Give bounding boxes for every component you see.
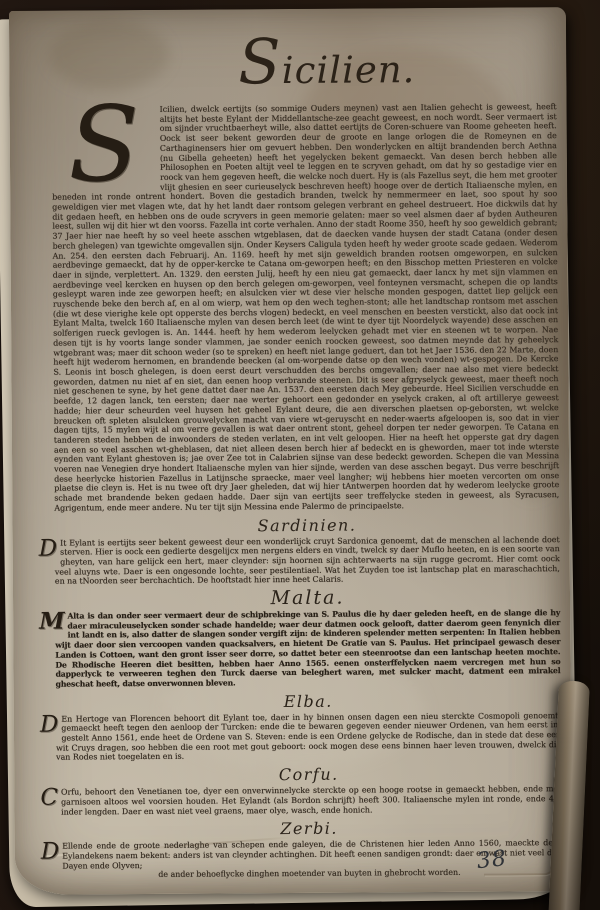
page-title: Sicilien. bbox=[97, 37, 556, 95]
book-page: Sicilien. SIcilien, dwelck eertijts (so … bbox=[9, 7, 572, 895]
ornate-initial-c: C bbox=[40, 788, 58, 808]
section-sardinien: DIt Eylant is eertijts seer bekent gewee… bbox=[55, 535, 560, 587]
book-photo: Sicilien. SIcilien, dwelck eertijts (so … bbox=[0, 0, 600, 910]
ornate-initial-d: D bbox=[39, 538, 58, 558]
section-elba-text: En Hertoge van Florencen behoort dit Eyl… bbox=[56, 711, 561, 762]
heading-corfu: Corfu. bbox=[56, 764, 561, 785]
ornate-initial-m: M bbox=[39, 612, 64, 632]
heading-sardinien: Sardinien. bbox=[54, 515, 559, 536]
section-corfu-text: Orfu, behoort den Venetianen toe, dyer e… bbox=[61, 784, 562, 816]
ornate-initial-s: S bbox=[52, 107, 157, 186]
section-sardinien-text: It Eylant is eertijts seer bekent gewees… bbox=[55, 535, 560, 586]
handwritten-page-number: 38 bbox=[476, 846, 509, 874]
section-malta-text: Alta is dan onder seer vermaert deur de … bbox=[55, 608, 560, 688]
section-corfu: COrfu, behoort den Venetianen toe, dyer … bbox=[56, 784, 561, 817]
page-content: Sicilien. SIcilien, dwelck eertijts (so … bbox=[51, 31, 562, 881]
ornate-initial-d: D bbox=[40, 714, 59, 734]
section-malta: MAlta is dan onder seer vermaert deur de… bbox=[55, 608, 561, 689]
section-sicilien: SIcilien, dwelck eertijts (so sommige Ou… bbox=[52, 102, 560, 513]
heading-zerbi: Zerbi. bbox=[57, 818, 562, 839]
ornate-initial-d: D bbox=[41, 842, 60, 862]
section-elba: DEn Hertoge van Florencen behoort dit Ey… bbox=[56, 711, 561, 763]
heading-elba: Elba. bbox=[56, 691, 561, 712]
heading-malta: Malta. bbox=[55, 588, 560, 609]
